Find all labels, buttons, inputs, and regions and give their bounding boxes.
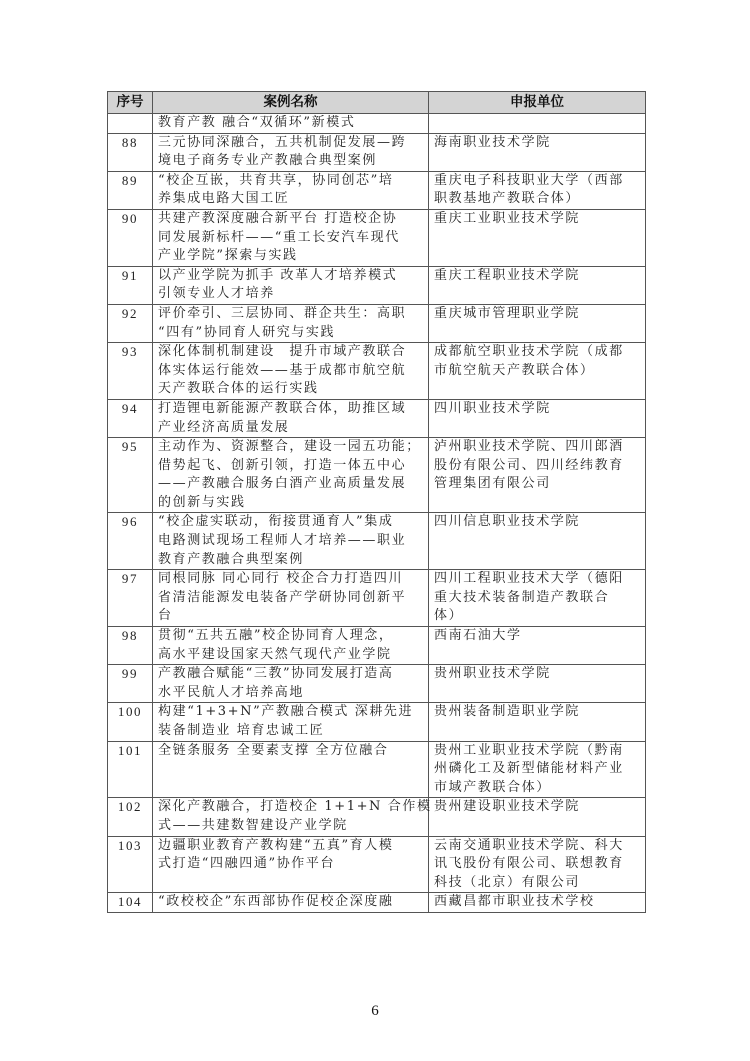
case-name-cell: “校企虚实联动，衔接贯通育人”集成电路测试现场工程师人才培养——职业教育产教融合… <box>153 513 429 570</box>
applicant-line: 重庆工业职业技术学院 <box>434 210 640 229</box>
case-name-cell: 深化产教融合，打造校企 1+1+N 合作模式——共建数智建设产业学院 <box>153 798 429 836</box>
applicant-line: 贵州职业技术学院 <box>434 665 640 684</box>
table-row: 90共建产教深度融合新平台 打造校企协同发展新标杆——“重工长安汽车现代产业学院… <box>108 209 646 266</box>
page-number: 6 <box>0 1003 750 1020</box>
row-index: 99 <box>108 665 153 703</box>
applicant-line: 西藏昌都市职业技术学校 <box>434 893 640 912</box>
case-name-cell: 以产业学院为抓手 改革人才培养模式引领专业人才培养 <box>153 266 429 304</box>
row-index: 97 <box>108 570 153 627</box>
applicant-cell: 海南职业技术学院 <box>429 133 646 171</box>
table-row: 98贯彻“五共五融”校企协同育人理念，高水平建设国家天然气现代产业学院西南石油大… <box>108 627 646 665</box>
table-row: 104“政校校企”东西部协作促校企深度融西藏昌都市职业技术学校 <box>108 893 646 913</box>
case-name-line: 的创新与实践 <box>158 494 423 513</box>
case-name-line: 高水平建设国家天然气现代产业学院 <box>158 646 423 665</box>
row-index: 89 <box>108 171 153 209</box>
case-name-line: 式打造“四融四通”协作平台 <box>158 855 423 874</box>
case-name-cell: “政校校企”东西部协作促校企深度融 <box>153 893 429 913</box>
applicant-line: 重庆城市管理职业学院 <box>434 305 640 324</box>
applicant-cell: 贵州建设职业技术学院 <box>429 798 646 836</box>
case-name-line: “校企互嵌，共育共享，协同创芯”培 <box>158 172 423 191</box>
table-row: 91以产业学院为抓手 改革人才培养模式引领专业人才培养重庆工程职业技术学院 <box>108 266 646 304</box>
table-row: 100构建“1+3+N”产教融合模式 深耕先进装备制造业 培育忠诚工匠贵州装备制… <box>108 703 646 741</box>
applicant-cell <box>429 114 646 134</box>
case-name-cell: 主动作为、资源整合，建设一园五功能；借势起飞、创新引领，打造一体五中心——产教融… <box>153 438 429 513</box>
table-row: 教育产教 融合“双循环”新模式 <box>108 114 646 134</box>
case-name-line: 构建“1+3+N”产教融合模式 深耕先进 <box>158 703 423 722</box>
case-name-line: 全链条服务 全要素支撑 全方位融合 <box>158 742 423 761</box>
row-index: 104 <box>108 893 153 913</box>
applicant-line: 职教基地产教联合体） <box>434 190 640 209</box>
table-row: 95主动作为、资源整合，建设一园五功能；借势起飞、创新引领，打造一体五中心——产… <box>108 438 646 513</box>
case-name-cell: 评价牵引、三层协同、群企共生：高职“四有”协同育人研究与实践 <box>153 304 429 342</box>
applicant-line: 州磷化工及新型储能材料产业 <box>434 760 640 779</box>
applicant-cell: 贵州装备制造职业学院 <box>429 703 646 741</box>
case-name-cell: 三元协同深融合，五共机制促发展—跨境电子商务专业产教融合典型案例 <box>153 133 429 171</box>
case-name-line: 境电子商务专业产教融合典型案例 <box>158 152 423 171</box>
case-name-cell: 同根同脉 同心同行 校企合力打造四川省清洁能源发电装备产学研协同创新平台 <box>153 570 429 627</box>
row-index: 94 <box>108 399 153 437</box>
table-row: 96“校企虚实联动，衔接贯通育人”集成电路测试现场工程师人才培养——职业教育产教… <box>108 513 646 570</box>
applicant-line: 贵州工业职业技术学院（黔南 <box>434 742 640 761</box>
applicant-cell: 泸州职业技术学院、四川郎酒股份有限公司、四川经纬教育管理集团有限公司 <box>429 438 646 513</box>
applicant-line: 股份有限公司、四川经纬教育 <box>434 457 640 476</box>
case-name-line: 边疆职业教育产教构建“五真”育人模 <box>158 837 423 856</box>
case-name-line: 引领专业人才培养 <box>158 285 423 304</box>
case-name-line: 贯彻“五共五融”校企协同育人理念， <box>158 627 423 646</box>
case-name-cell: 打造锂电新能源产教联合体，助推区域产业经济高质量发展 <box>153 399 429 437</box>
applicant-line: 重庆工程职业技术学院 <box>434 267 640 286</box>
applicant-line: 成都航空职业技术学院（成都 <box>434 343 640 362</box>
applicant-cell: 西藏昌都市职业技术学校 <box>429 893 646 913</box>
row-index: 101 <box>108 741 153 798</box>
case-name-line: 深化体制机制建设 提升市域产教联合 <box>158 343 423 362</box>
applicant-cell: 重庆电子科技职业大学（西部职教基地产教联合体） <box>429 171 646 209</box>
applicant-line: 科技（北京）有限公司 <box>434 874 640 893</box>
case-name-line: 共建产教深度融合新平台 打造校企协 <box>158 210 423 229</box>
case-name-cell: 全链条服务 全要素支撑 全方位融合 <box>153 741 429 798</box>
case-name-cell: 贯彻“五共五融”校企协同育人理念，高水平建设国家天然气现代产业学院 <box>153 627 429 665</box>
case-name-line: 水平民航人才培养高地 <box>158 684 423 703</box>
applicant-line: 泸州职业技术学院、四川郎酒 <box>434 438 640 457</box>
row-index: 100 <box>108 703 153 741</box>
case-name-line: 体实体运行能效——基于成都市航空航 <box>158 362 423 381</box>
case-name-cell: 深化体制机制建设 提升市域产教联合体实体运行能效——基于成都市航空航天产教联合体… <box>153 343 429 400</box>
case-name-line: 产教融合赋能“三教”协同发展打造高 <box>158 665 423 684</box>
case-name-line: 产业学院”探索与实践 <box>158 247 423 266</box>
case-name-line: “四有”协同育人研究与实践 <box>158 324 423 343</box>
case-name-line: 深化产教融合，打造校企 1+1+N 合作模 <box>158 798 423 817</box>
applicant-line: 市域产教联合体） <box>434 779 640 798</box>
case-name-cell: 教育产教 融合“双循环”新模式 <box>153 114 429 134</box>
table-row: 101全链条服务 全要素支撑 全方位融合贵州工业职业技术学院（黔南州磷化工及新型… <box>108 741 646 798</box>
case-name-line: 同发展新标杆——“重工长安汽车现代 <box>158 229 423 248</box>
applicant-line: 市航空航天产教联合体） <box>434 362 640 381</box>
case-name-line: 省清洁能源发电装备产学研协同创新平 <box>158 589 423 608</box>
case-name-cell: 构建“1+3+N”产教融合模式 深耕先进装备制造业 培育忠诚工匠 <box>153 703 429 741</box>
applicant-cell: 四川职业技术学院 <box>429 399 646 437</box>
case-name-line: 评价牵引、三层协同、群企共生：高职 <box>158 305 423 324</box>
applicant-cell: 四川信息职业技术学院 <box>429 513 646 570</box>
case-name-line: 以产业学院为抓手 改革人才培养模式 <box>158 267 423 286</box>
table-row: 93深化体制机制建设 提升市域产教联合体实体运行能效——基于成都市航空航天产教联… <box>108 343 646 400</box>
row-index: 102 <box>108 798 153 836</box>
header-applicant: 申报单位 <box>429 92 646 114</box>
row-index <box>108 114 153 134</box>
case-name-cell: “校企互嵌，共育共享，协同创芯”培养集成电路大国工匠 <box>153 171 429 209</box>
header-case-name: 案例名称 <box>153 92 429 114</box>
case-name-cell: 产教融合赋能“三教”协同发展打造高水平民航人才培养高地 <box>153 665 429 703</box>
case-name-cell: 共建产教深度融合新平台 打造校企协同发展新标杆——“重工长安汽车现代产业学院”探… <box>153 209 429 266</box>
row-index: 95 <box>108 438 153 513</box>
applicant-line: 重庆电子科技职业大学（西部 <box>434 172 640 191</box>
case-name-line: 电路测试现场工程师人才培养——职业 <box>158 532 423 551</box>
applicant-cell: 成都航空职业技术学院（成都市航空航天产教联合体） <box>429 343 646 400</box>
row-index: 93 <box>108 343 153 400</box>
applicant-line: 四川信息职业技术学院 <box>434 513 640 532</box>
case-name-line: 产业经济高质量发展 <box>158 419 423 438</box>
applicant-cell: 重庆工业职业技术学院 <box>429 209 646 266</box>
applicant-cell: 贵州职业技术学院 <box>429 665 646 703</box>
applicant-line: 重大技术装备制造产教联合 <box>434 589 640 608</box>
applicant-cell: 西南石油大学 <box>429 627 646 665</box>
applicant-line: 管理集团有限公司 <box>434 475 640 494</box>
case-name-line: 天产教联合体的运行实践 <box>158 380 423 399</box>
case-name-line: 装备制造业 培育忠诚工匠 <box>158 722 423 741</box>
case-name-line: 三元协同深融合，五共机制促发展—跨 <box>158 134 423 153</box>
header-index: 序号 <box>108 92 153 114</box>
table-body: 教育产教 融合“双循环”新模式 88三元协同深融合，五共机制促发展—跨境电子商务… <box>108 114 646 913</box>
applicant-cell: 重庆工程职业技术学院 <box>429 266 646 304</box>
table-row: 88三元协同深融合，五共机制促发展—跨境电子商务专业产教融合典型案例海南职业技术… <box>108 133 646 171</box>
table-row: 89“校企互嵌，共育共享，协同创芯”培养集成电路大国工匠重庆电子科技职业大学（西… <box>108 171 646 209</box>
case-name-line: ——产教融合服务白酒产业高质量发展 <box>158 475 423 494</box>
case-table: 序号 案例名称 申报单位 教育产教 融合“双循环”新模式 88三元协同深融合，五… <box>107 91 646 913</box>
case-name-line: 台 <box>158 607 423 626</box>
applicant-line: 西南石油大学 <box>434 627 640 646</box>
case-name-line: 式——共建数智建设产业学院 <box>158 817 423 836</box>
applicant-line: 讯飞股份有限公司、联想教育 <box>434 855 640 874</box>
table-row: 102深化产教融合，打造校企 1+1+N 合作模式——共建数智建设产业学院贵州建… <box>108 798 646 836</box>
table-row: 92评价牵引、三层协同、群企共生：高职“四有”协同育人研究与实践重庆城市管理职业… <box>108 304 646 342</box>
table-header-row: 序号 案例名称 申报单位 <box>108 92 646 114</box>
applicant-line: 海南职业技术学院 <box>434 134 640 153</box>
applicant-cell: 重庆城市管理职业学院 <box>429 304 646 342</box>
case-name-cell: 边疆职业教育产教构建“五真”育人模式打造“四融四通”协作平台 <box>153 836 429 893</box>
row-index: 96 <box>108 513 153 570</box>
case-name-line: 教育产教 融合“双循环”新模式 <box>158 114 423 133</box>
applicant-line: 云南交通职业技术学院、科大 <box>434 837 640 856</box>
table-row: 103边疆职业教育产教构建“五真”育人模式打造“四融四通”协作平台云南交通职业技… <box>108 836 646 893</box>
case-name-line: “政校校企”东西部协作促校企深度融 <box>158 893 423 912</box>
applicant-line: 四川职业技术学院 <box>434 400 640 419</box>
table-row: 97同根同脉 同心同行 校企合力打造四川省清洁能源发电装备产学研协同创新平台四川… <box>108 570 646 627</box>
applicant-line: 贵州建设职业技术学院 <box>434 798 640 817</box>
row-index: 91 <box>108 266 153 304</box>
applicant-line: 体） <box>434 607 640 626</box>
row-index: 88 <box>108 133 153 171</box>
document-page: 序号 案例名称 申报单位 教育产教 融合“双循环”新模式 88三元协同深融合，五… <box>0 0 750 1061</box>
applicant-line <box>434 114 640 133</box>
case-name-line: 打造锂电新能源产教联合体，助推区域 <box>158 400 423 419</box>
applicant-cell: 贵州工业职业技术学院（黔南州磷化工及新型储能材料产业市域产教联合体） <box>429 741 646 798</box>
applicant-cell: 四川工程职业技术大学（德阳重大技术装备制造产教联合体） <box>429 570 646 627</box>
table-row: 99产教融合赋能“三教”协同发展打造高水平民航人才培养高地贵州职业技术学院 <box>108 665 646 703</box>
applicant-cell: 云南交通职业技术学院、科大讯飞股份有限公司、联想教育科技（北京）有限公司 <box>429 836 646 893</box>
case-name-line: 主动作为、资源整合，建设一园五功能； <box>158 438 423 457</box>
applicant-line: 贵州装备制造职业学院 <box>434 703 640 722</box>
row-index: 103 <box>108 836 153 893</box>
case-name-line: 同根同脉 同心同行 校企合力打造四川 <box>158 570 423 589</box>
case-name-line: 教育产教融合典型案例 <box>158 551 423 570</box>
row-index: 98 <box>108 627 153 665</box>
row-index: 92 <box>108 304 153 342</box>
applicant-line: 四川工程职业技术大学（德阳 <box>434 570 640 589</box>
case-name-line: 养集成电路大国工匠 <box>158 190 423 209</box>
case-name-line: “校企虚实联动，衔接贯通育人”集成 <box>158 513 423 532</box>
table-row: 94打造锂电新能源产教联合体，助推区域产业经济高质量发展四川职业技术学院 <box>108 399 646 437</box>
row-index: 90 <box>108 209 153 266</box>
case-name-line: 借势起飞、创新引领，打造一体五中心 <box>158 457 423 476</box>
